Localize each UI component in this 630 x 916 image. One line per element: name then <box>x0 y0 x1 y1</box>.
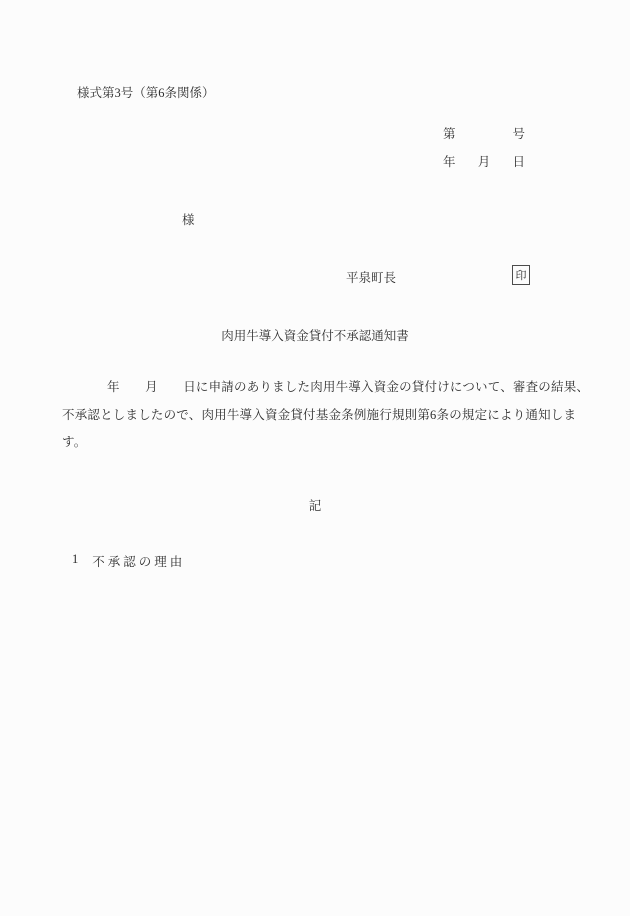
document-title: 肉用牛導入資金貸付不承認通知書 <box>0 326 630 344</box>
item-number: 1 <box>72 552 78 570</box>
document-page: 様式第3号（第6条関係） 第 号 年 月 日 様 平泉町長 印 肉用牛導入資金貸… <box>0 0 630 916</box>
document-number-line: 第 号 <box>443 124 525 142</box>
date-day-label: 日 <box>512 152 525 170</box>
sender-title: 平泉町長 <box>346 268 396 286</box>
item-label: 不承認の理由 <box>92 552 185 570</box>
body-line-2: 不承認としましたので、肉用牛導入資金貸付基金条例施行規則第6条の規定により通知し… <box>62 402 589 430</box>
doc-number-prefix: 第 <box>443 124 456 142</box>
issue-date-line: 年 月 日 <box>443 152 525 170</box>
body-line-3: す。 <box>62 429 589 457</box>
seal-mark: 印 <box>512 265 530 285</box>
doc-number-suffix: 号 <box>512 124 525 142</box>
form-number-label: 様式第3号（第6条関係） <box>77 83 215 101</box>
body-paragraph: 年 月 日に申請のありました肉用牛導入資金の貸付けについて、審査の結果、 不承認… <box>62 374 589 457</box>
addressee-honorific: 様 <box>182 210 195 228</box>
date-year-label: 年 <box>443 152 456 170</box>
notes-header-marker: 記 <box>0 496 630 514</box>
list-item-reason: 1 不承認の理由 <box>72 552 185 570</box>
date-month-label: 月 <box>478 152 491 170</box>
body-line-1: 年 月 日に申請のありました肉用牛導入資金の貸付けについて、審査の結果、 <box>62 374 589 402</box>
seal-character: 印 <box>516 267 527 283</box>
